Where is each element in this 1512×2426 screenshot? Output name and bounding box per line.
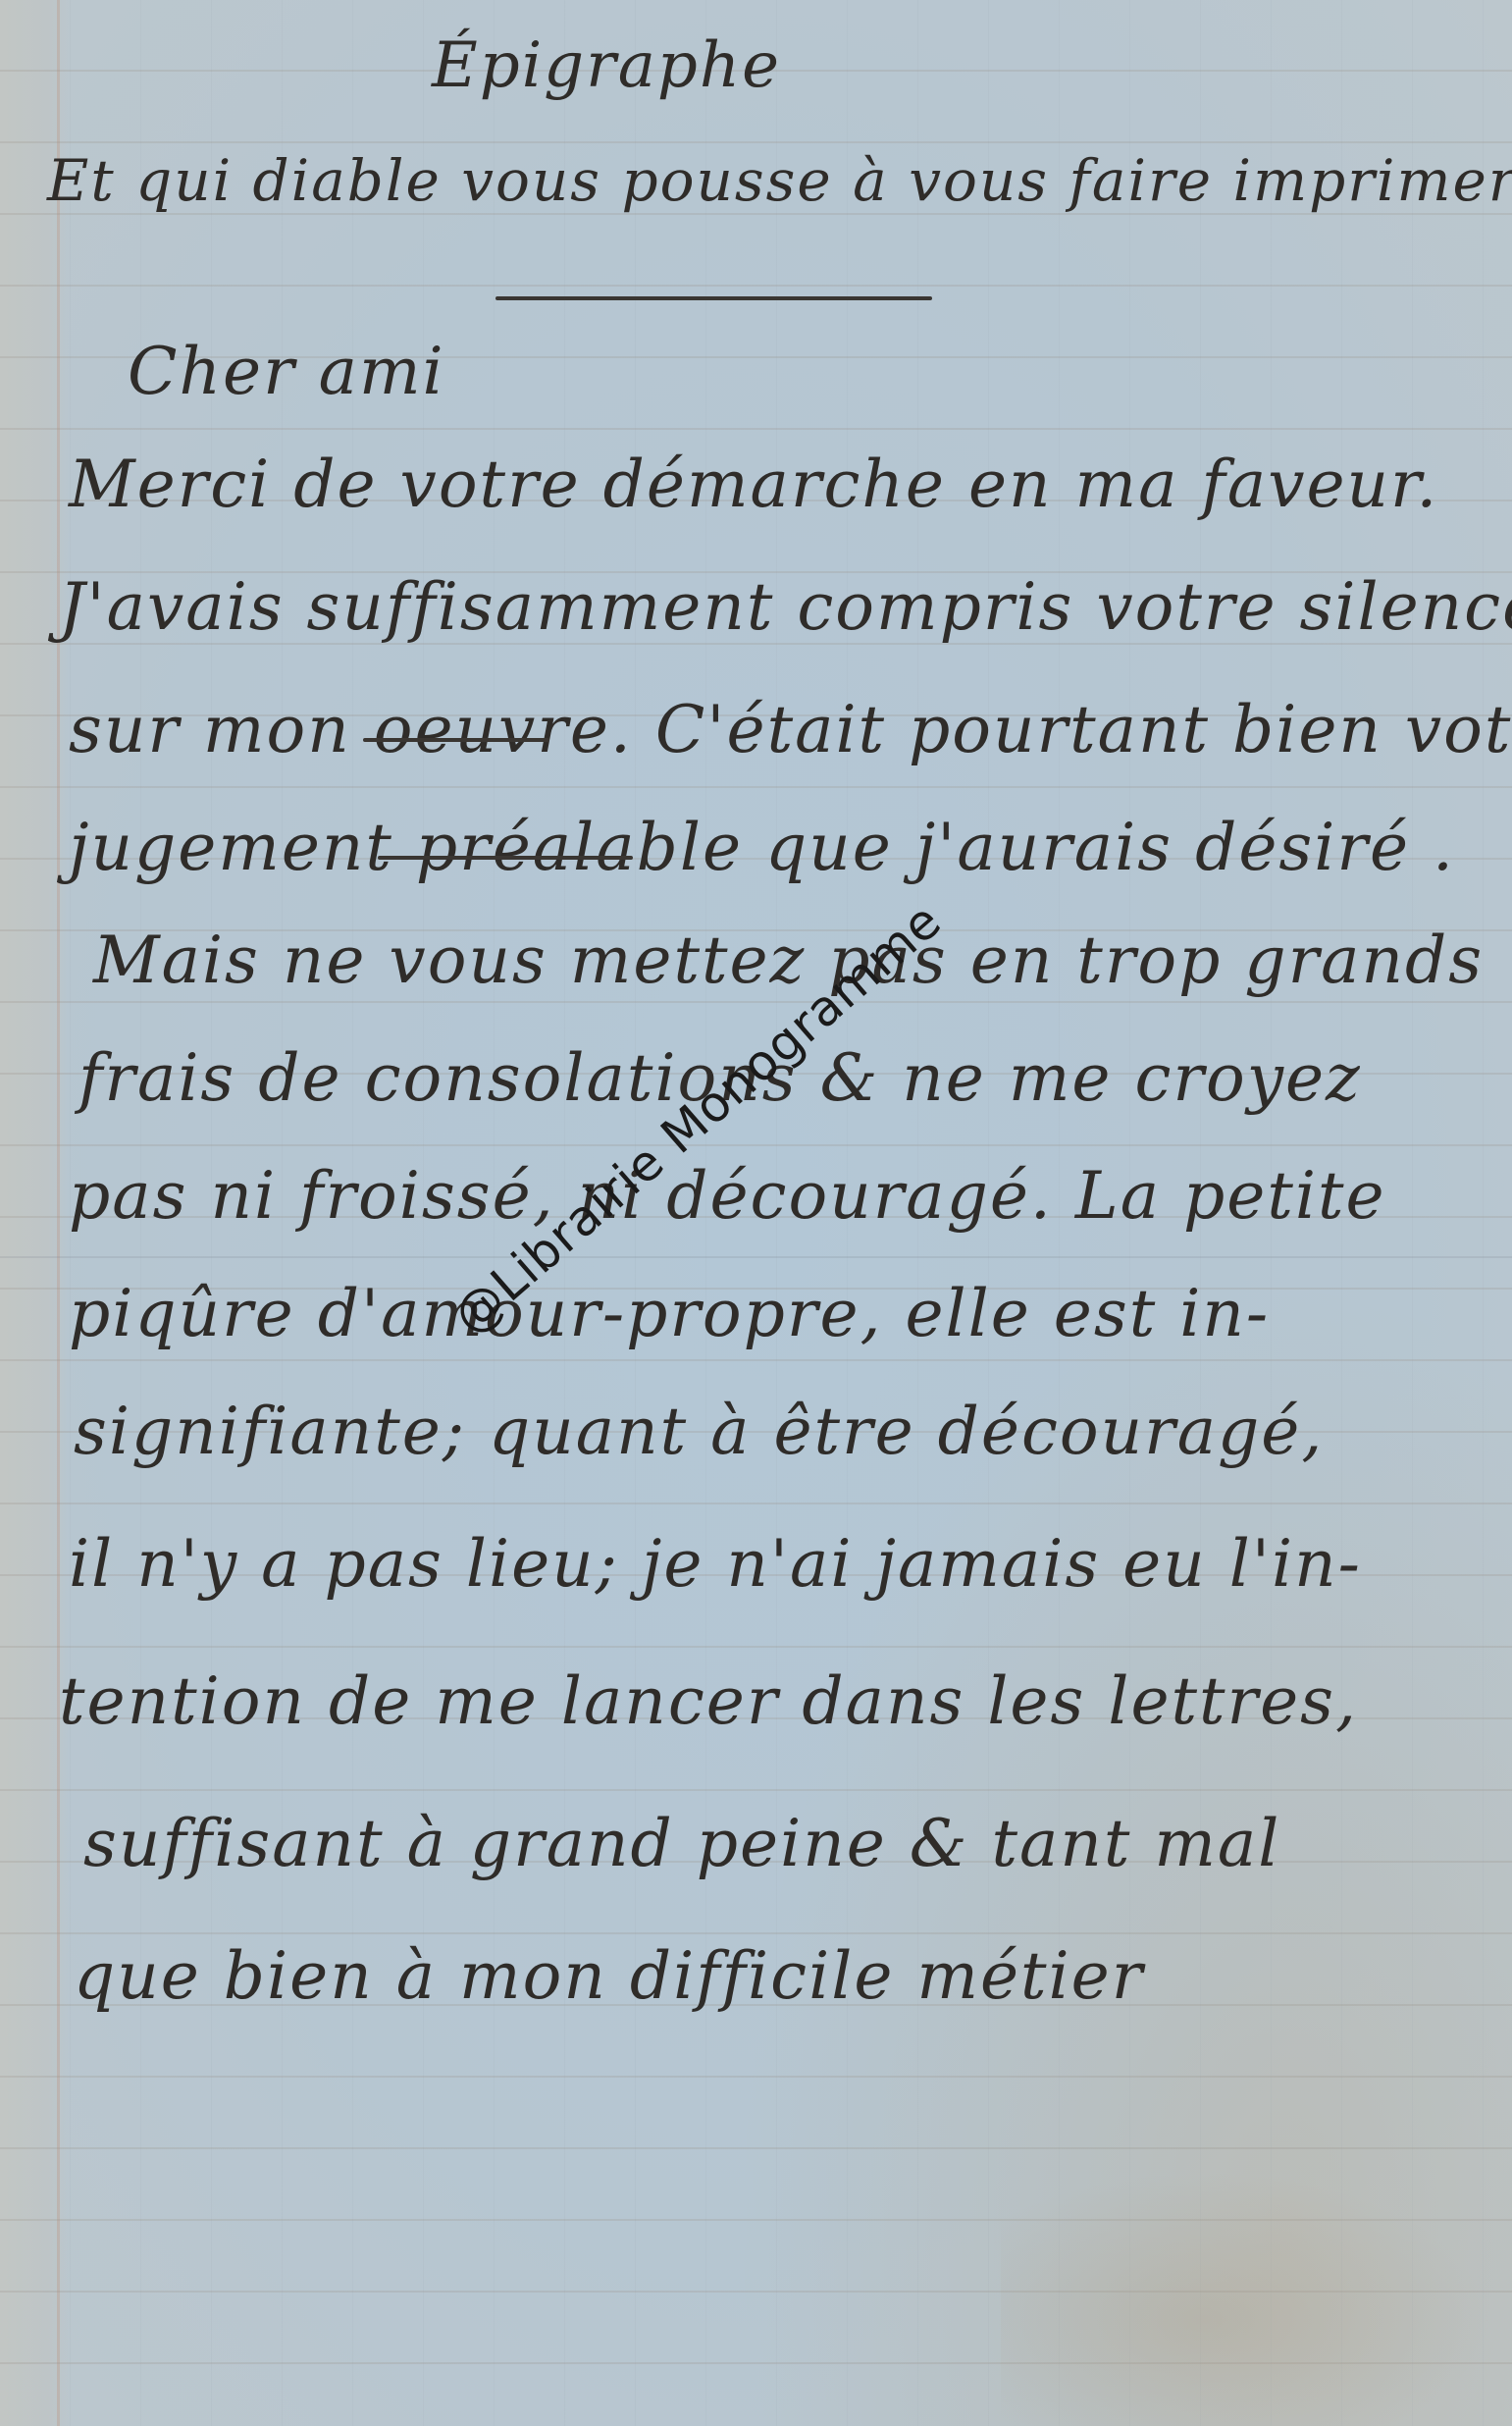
letter-line-7: pas ni froissé, ni découragé. La petite xyxy=(69,1158,1386,1234)
handwritten-text: Épigraphe Et qui diable vous pousse à vo… xyxy=(0,0,1512,2426)
letter-page: Épigraphe Et qui diable vous pousse à vo… xyxy=(0,0,1512,2426)
letter-line-4: jugement préalable que j'aurais désiré . xyxy=(69,810,1455,885)
letter-line-2: J'avais suffisamment compris votre silen… xyxy=(59,569,1512,645)
letter-line-11: tention de me lancer dans les lettres, xyxy=(59,1663,1358,1739)
letter-line-13: que bien à mon difficile métier xyxy=(74,1938,1144,2014)
underline-prealable xyxy=(378,856,633,860)
letter-line-8: piqûre d'amour-propre, elle est in- xyxy=(69,1276,1270,1351)
underline-oeuvre xyxy=(363,738,549,742)
letter-line-3: sur mon oeuvre. C'était pourtant bien vo… xyxy=(69,692,1512,767)
letter-line-12: suffisant à grand peine & tant mal xyxy=(83,1806,1280,1881)
salutation: Cher ami xyxy=(128,334,445,409)
letter-line-3-text: sur mon oeuvre. C'était pourtant bien vo… xyxy=(69,692,1512,767)
letter-heading: Épigraphe xyxy=(432,29,781,102)
letter-line-10: il n'y a pas lieu; je n'ai jamais eu l'i… xyxy=(69,1526,1362,1602)
letter-line-1: Merci de votre démarche en ma faveur. xyxy=(69,447,1438,522)
letter-line-9: signifiante; quant à être découragé, xyxy=(74,1394,1324,1469)
letter-line-5: Mais ne vous mettez pas en trop grands xyxy=(93,923,1484,998)
separator-rule xyxy=(495,296,932,300)
epigraph-line: Et qui diable vous pousse à vous faire i… xyxy=(47,147,1512,214)
